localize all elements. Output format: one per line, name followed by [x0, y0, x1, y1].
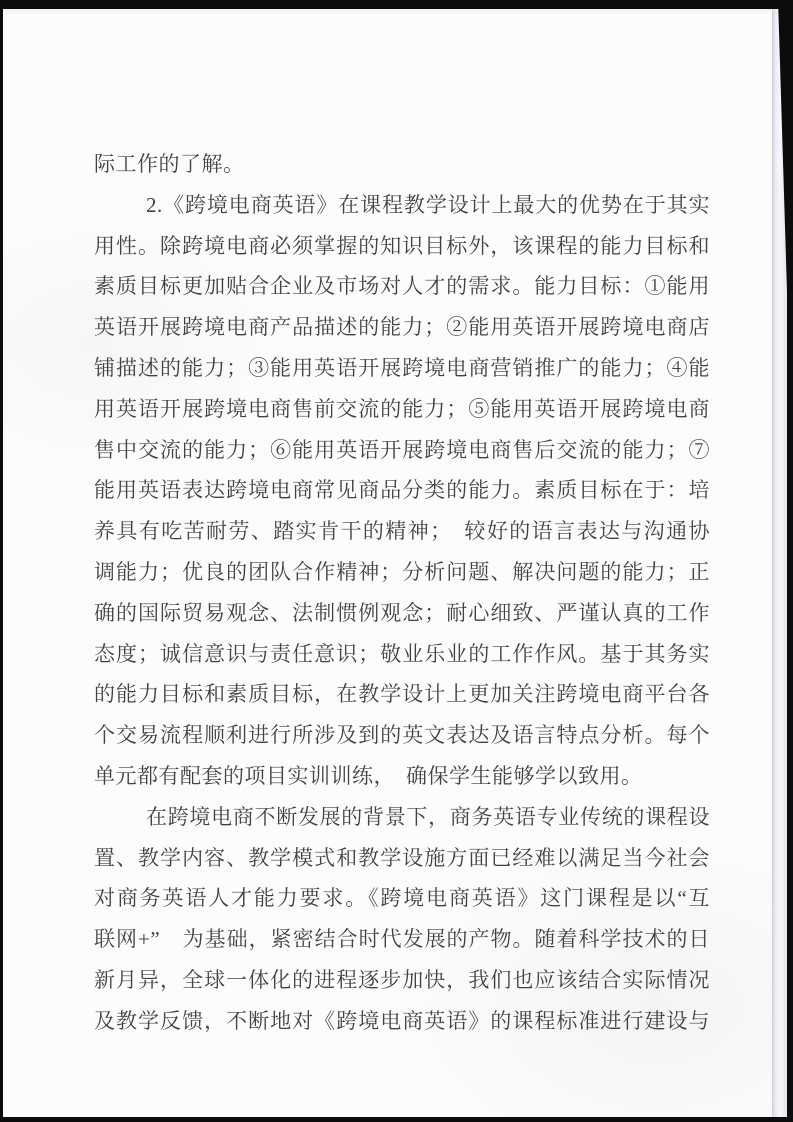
- text-line: 英语开展跨境电商产品描述的能力；②能用英语开展跨境电商店: [94, 307, 710, 348]
- text-line: 在跨境电商不断发展的背景下，商务英语专业传统的课程设: [94, 797, 710, 838]
- text-line: 际工作的了解。: [94, 144, 710, 185]
- text-line: 联网+” 为基础，紧密结合时代发展的产物。随着科学技术的日: [94, 919, 710, 960]
- scan-border-top: [0, 0, 793, 9]
- text-line: 铺描述的能力；③能用英语开展跨境电商营销推广的能力；④能: [94, 348, 710, 389]
- text-line: 用性。除跨境电商必须掌握的知识目标外，该课程的能力目标和: [94, 226, 710, 267]
- text-line: 置、教学内容、教学模式和教学设施方面已经难以满足当今社会: [94, 838, 710, 879]
- text-line: 及教学反馈，不断地对《跨境电商英语》的课程标准进行建设与: [94, 1001, 710, 1042]
- scan-border-left: [0, 0, 3, 1122]
- text-line: 个交易流程顺利进行所涉及到的英文表达及语言特点分析。每个: [94, 715, 710, 756]
- text-line: 新月异，全球一体化的进程逐步加快，我们也应该结合实际情况: [94, 960, 710, 1001]
- scan-border-bottom: [0, 1117, 793, 1122]
- document-text-block: 际工作的了解。 2.《跨境电商英语》在课程教学设计上最大的优势在于其实 用性。除…: [94, 144, 710, 1042]
- text-line: 2.《跨境电商英语》在课程教学设计上最大的优势在于其实: [94, 185, 710, 226]
- text-line: 售中交流的能力；⑥能用英语开展跨境电商售后交流的能力；⑦: [94, 430, 710, 471]
- scanned-document-screenshot: 际工作的了解。 2.《跨境电商英语》在课程教学设计上最大的优势在于其实 用性。除…: [0, 0, 793, 1122]
- text-line: 态度；诚信意识与责任意识；敬业乐业的工作作风。基于其务实: [94, 634, 710, 675]
- text-line: 用英语开展跨境电商售前交流的能力；⑤能用英语开展跨境电商: [94, 389, 710, 430]
- text-line: 确的国际贸易观念、法制惯例观念；耐心细致、严谨认真的工作: [94, 593, 710, 634]
- text-line: 的能力目标和素质目标，在教学设计上更加关注跨境电商平台各: [94, 674, 710, 715]
- text-line: 单元都有配套的项目实训训练， 确保学生能够学以致用。: [94, 756, 710, 797]
- text-line: 调能力；优良的团队合作精神；分析问题、解决问题的能力；正: [94, 552, 710, 593]
- text-line: 素质目标更加贴合企业及市场对人才的需求。能力目标：①能用: [94, 266, 710, 307]
- scanned-page: 际工作的了解。 2.《跨境电商英语》在课程教学设计上最大的优势在于其实 用性。除…: [3, 9, 772, 1117]
- scan-border-right: [787, 0, 793, 1122]
- text-line: 养具有吃苦耐劳、踏实肯干的精神； 较好的语言表达与沟通协: [94, 511, 710, 552]
- text-line: 能用英语表达跨境电商常见商品分类的能力。素质目标在于：培: [94, 470, 710, 511]
- text-line: 对商务英语人才能力要求。《跨境电商英语》这门课程是以“互: [94, 878, 710, 919]
